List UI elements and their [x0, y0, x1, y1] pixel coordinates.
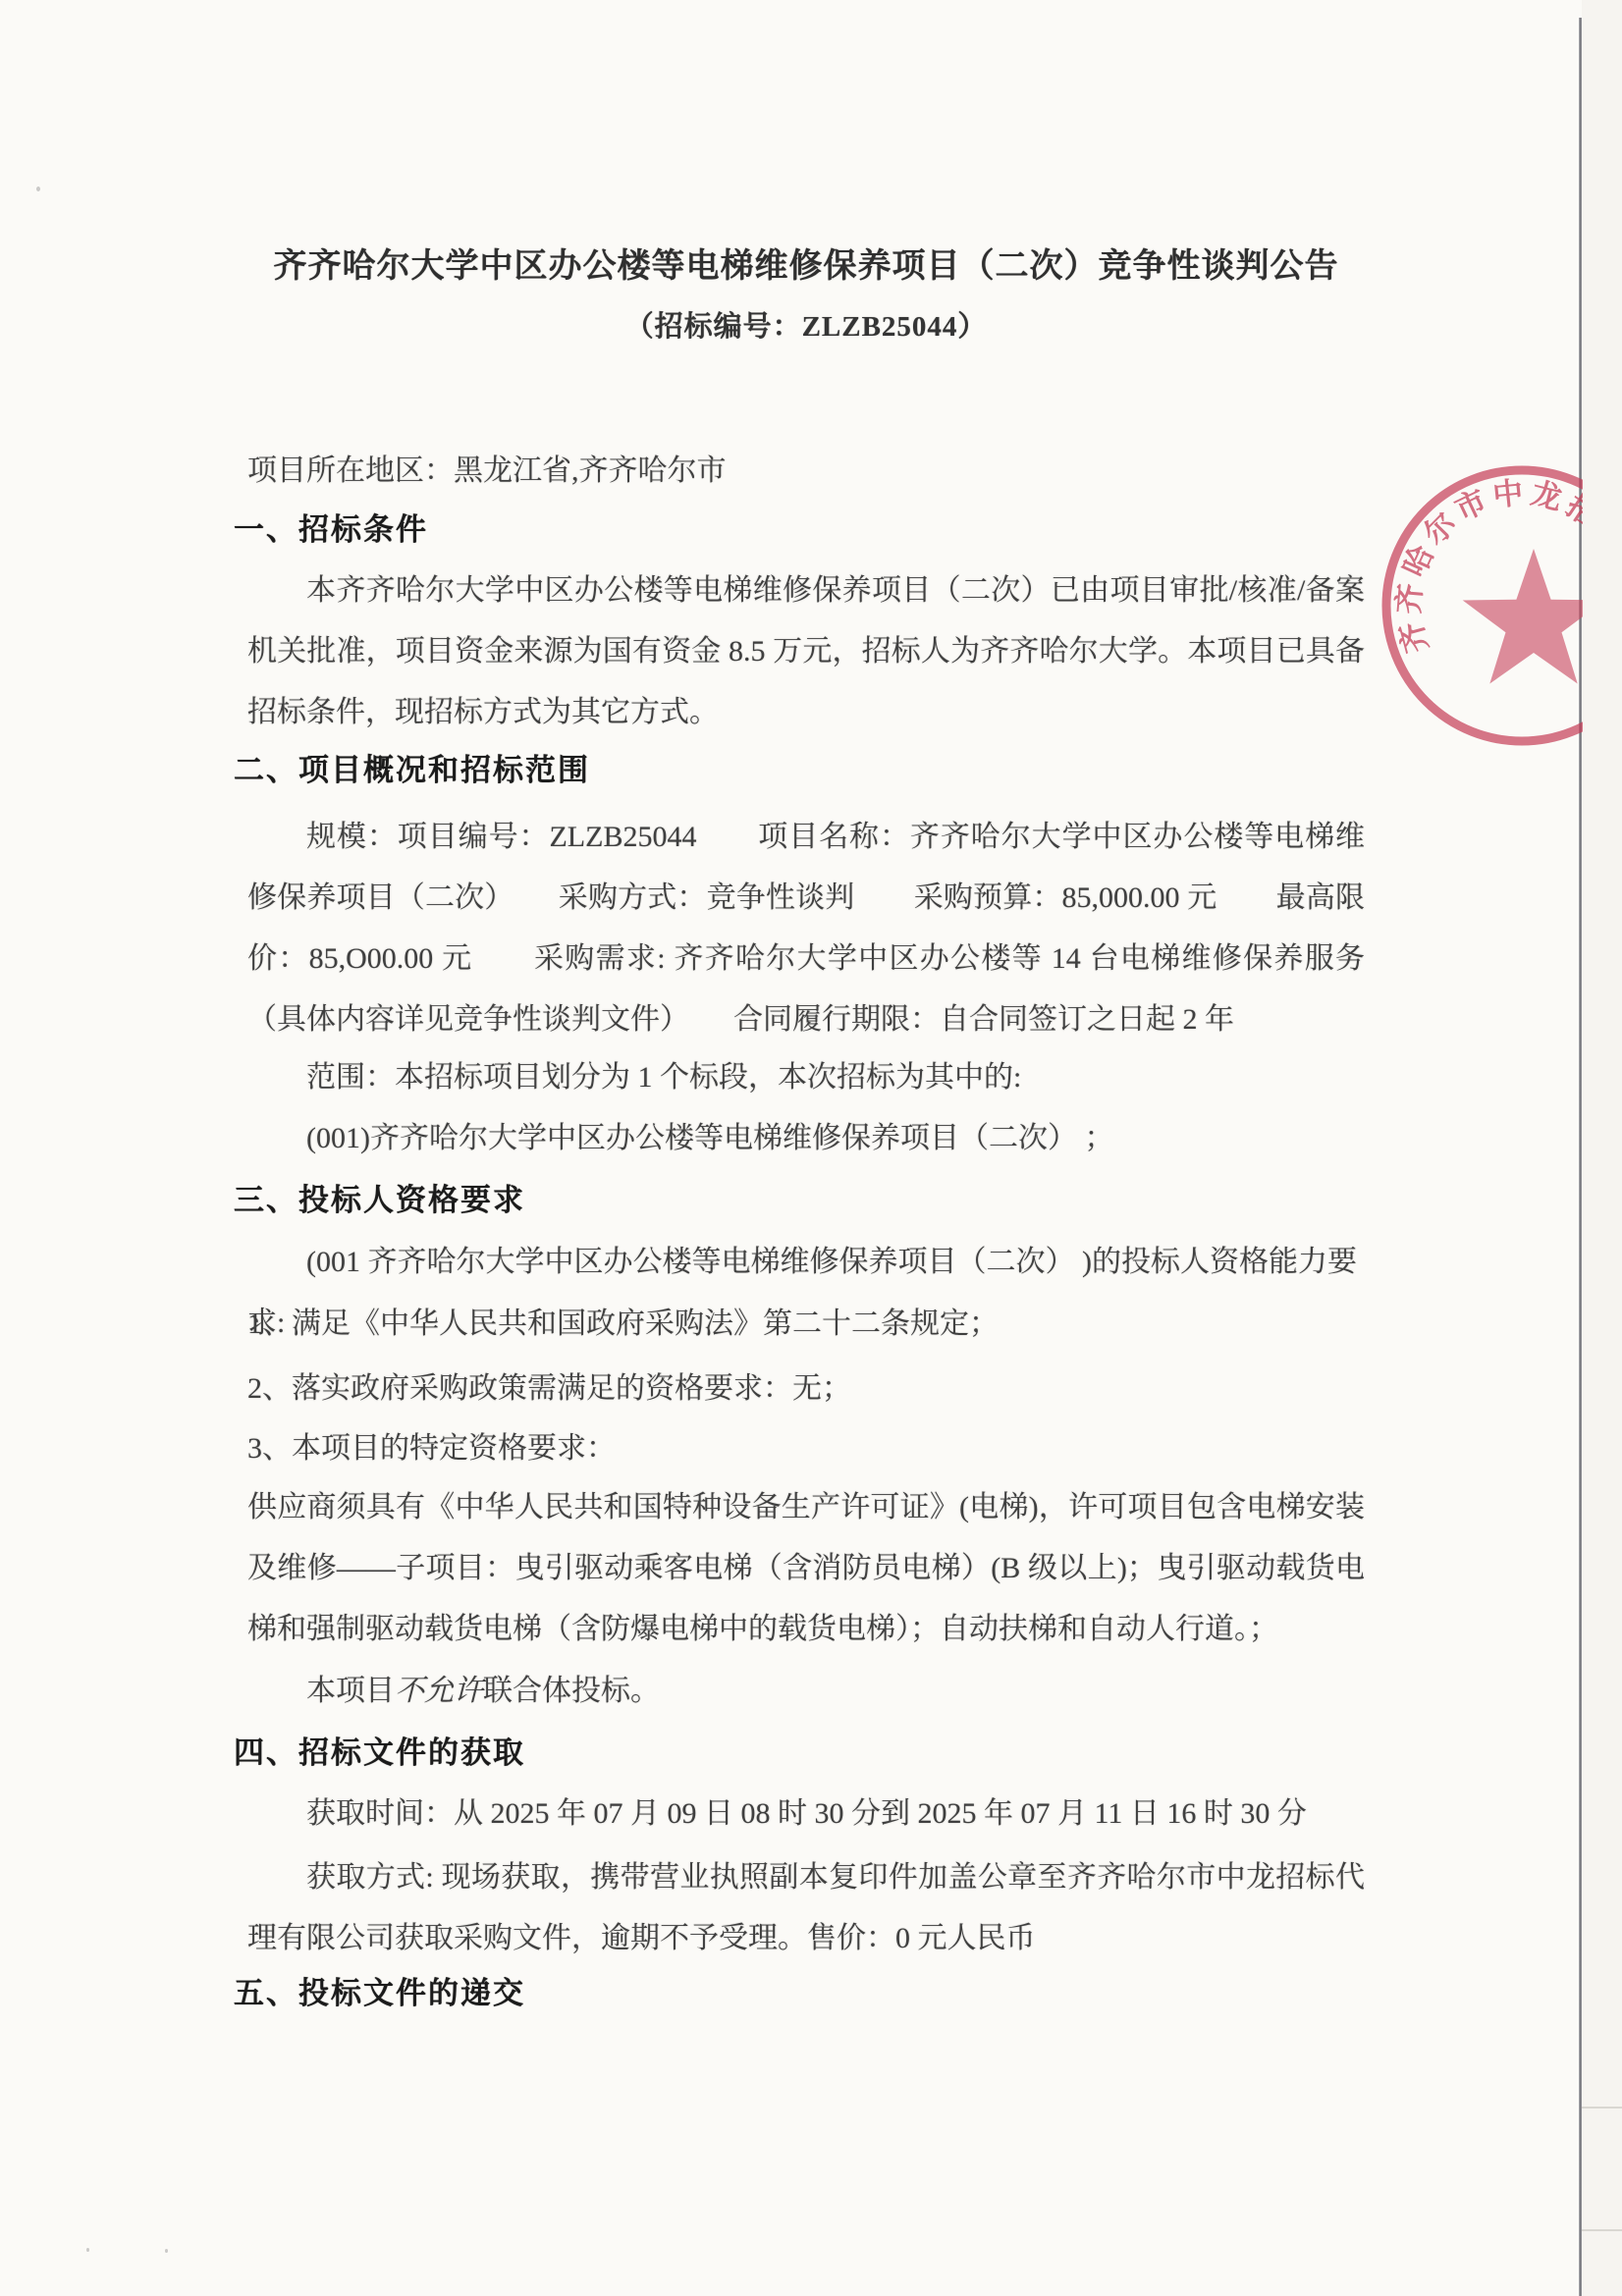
special-qualification-paragraph: 供应商须具有《中华人民共和国特种设备生产许可证》(电梯)，许可项目包含电梯安装及… — [247, 1477, 1365, 1660]
scan-speck — [36, 187, 40, 191]
section-heading-2-project-overview: 二、项目概况和招标范围 — [234, 740, 1365, 801]
scan-speck — [86, 2248, 89, 2252]
joint-venture-suffix: 联合体投标。 — [483, 1675, 660, 1707]
scope-line: 范围：本招标项目划分为 1 个标段，本次招标为其中的: — [247, 1047, 1365, 1108]
section-heading-4-document-acquisition: 四、招标文件的获取 — [234, 1723, 1365, 1784]
scan-page-edge-line — [1579, 18, 1582, 2296]
seal-star-icon — [1463, 549, 1583, 684]
joint-venture-emphasis: 不允许 — [395, 1675, 483, 1707]
section-heading-3-bidder-qualifications: 三、投标人资格要求 — [234, 1170, 1365, 1231]
joint-venture-prefix: 本项目 — [306, 1675, 395, 1707]
qualification-item-1: 1、满足《中华人民共和国政府采购法》第二十二条规定； — [247, 1294, 1365, 1355]
qualification-item-3: 3、本项目的特定资格要求： — [247, 1418, 1365, 1479]
red-company-seal: 齐齐哈尔市中龙招标代理 — [1365, 447, 1583, 775]
acquisition-method-paragraph: 获取方式: 现场获取，携带营业执照副本复印件加盖公章至齐齐哈尔市中龙招标代理有限… — [247, 1847, 1365, 1969]
tender-number-subtitle: （招标编号：ZLZB25044） — [247, 307, 1365, 347]
tender-conditions-paragraph: 本齐齐哈尔大学中区办公楼等电梯维修保养项目（二次）已由项目审批/核准/备案机关批… — [247, 561, 1365, 743]
scan-artifact-tick — [1582, 2107, 1622, 2109]
document-title: 齐齐哈尔大学中区办公楼等电梯维修保养项目（二次）竞争性谈判公告 — [247, 245, 1365, 289]
lot-001-line: (001)齐齐哈尔大学中区办公楼等电梯维修保养项目（二次） ； — [247, 1108, 1365, 1169]
section-heading-5-bid-submission: 五、投标文件的递交 — [234, 1963, 1365, 2024]
qualification-item-2: 2、落实政府采购政策需满足的资格要求：无； — [247, 1359, 1365, 1419]
joint-venture-note: 本项目不允许联合体投标。 — [247, 1661, 1365, 1722]
acquisition-time-line: 获取时间：从 2025 年 07 月 09 日 08 时 30 分到 2025 … — [247, 1784, 1365, 1844]
project-overview-paragraph: 规模：项目编号：ZLZB25044 项目名称：齐齐哈尔大学中区办公楼等电梯维修保… — [247, 807, 1365, 1050]
scanned-document-page: { "page": { "paper_color": "#fbfaf7", "b… — [0, 0, 1622, 2296]
project-location-line: 项目所在地区：黑龙江省,齐齐哈尔市 — [247, 441, 1365, 502]
scan-artifact-tick — [1582, 2229, 1622, 2231]
scan-speck — [165, 2249, 168, 2253]
section-heading-1-tender-conditions: 一、招标条件 — [234, 500, 1365, 561]
